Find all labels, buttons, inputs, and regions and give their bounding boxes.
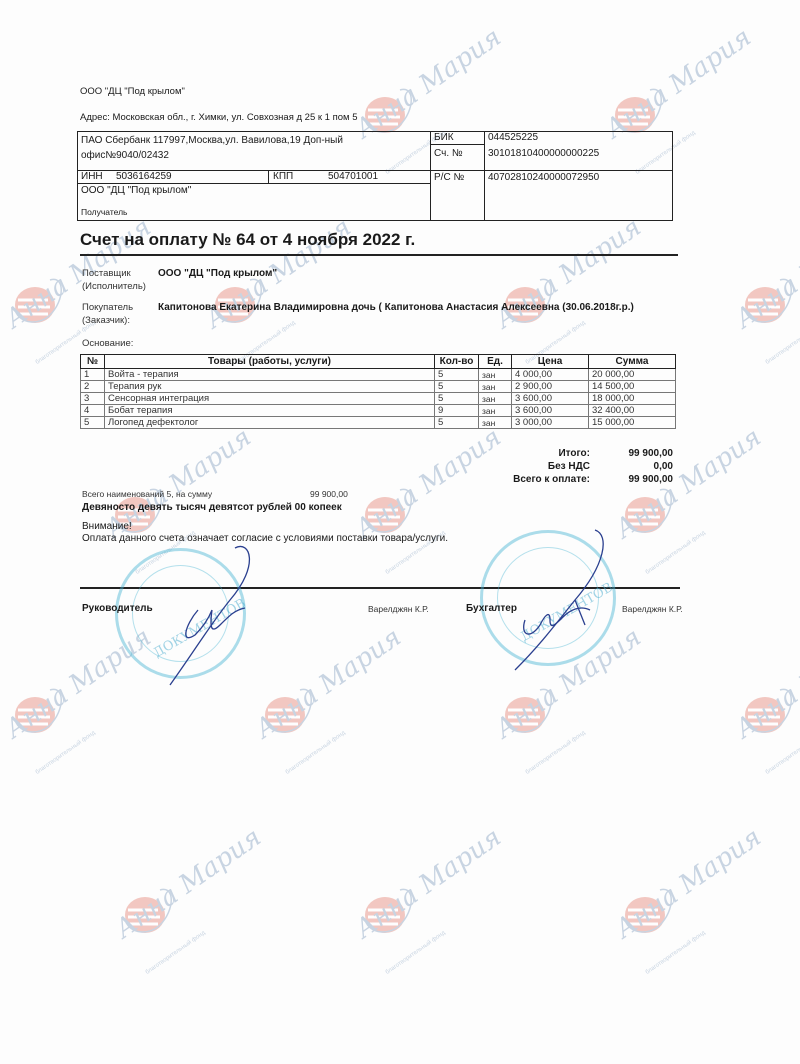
kpp-label: КПП	[273, 171, 293, 182]
cell-qty: 5	[435, 417, 479, 429]
accountant-label: Бухгалтер	[466, 603, 517, 614]
inn-value: 5036164259	[116, 171, 172, 182]
vat-value: 0,00	[600, 460, 673, 473]
col-sum: Сумма	[589, 355, 676, 369]
accountant-name: Варелджян К.Р.	[622, 604, 683, 614]
table-header-row: № Товары (работы, услуги) Кол-во Ед. Цен…	[81, 355, 676, 369]
supplier-name: ООО "ДЦ "Под крылом"	[158, 268, 277, 279]
cell-qty: 5	[435, 393, 479, 405]
due-label: Всего к оплате:	[480, 473, 590, 486]
inn-label: ИНН	[81, 171, 103, 182]
total-label: Итого:	[480, 447, 590, 460]
total-value: 99 900,00	[600, 447, 673, 460]
table-row: 2Терапия рук5зан2 900,0014 500,00	[81, 381, 676, 393]
buyer-label: Покупатель	[82, 302, 133, 313]
watermark-logo-icon: Анна Марияблаготворительный фонд	[250, 680, 380, 800]
bik-label: БИК	[434, 132, 454, 143]
cell-price: 3 600,00	[512, 393, 589, 405]
recipient-name: ООО "ДЦ "Под крылом"	[81, 185, 191, 196]
bank-office: офис№9040/02432	[81, 150, 169, 161]
table-row: 1Войта - терапия5зан4 000,0020 000,00	[81, 369, 676, 381]
table-row: 3Сенсорная интеграция5зан3 600,0018 000,…	[81, 393, 676, 405]
invoice-title: Счет на оплату № 64 от 4 ноября 2022 г.	[80, 230, 415, 250]
watermark-logo-icon: Анна Марияблаготворительный фонд	[610, 880, 740, 1000]
account-value: 40702810240000072950	[488, 172, 599, 183]
watermark-logo-icon: Анна Марияблаготворительный фонд	[730, 270, 800, 390]
cell-sum: 14 500,00	[589, 381, 676, 393]
kpp-value: 504701001	[328, 171, 378, 182]
col-qty: Кол-во	[435, 355, 479, 369]
buyer-label-sub: (Заказчик):	[82, 315, 130, 326]
watermark-logo-icon: Анна Марияблаготворительный фонд	[0, 680, 130, 800]
cell-qty: 5	[435, 369, 479, 381]
cell-sum: 15 000,00	[589, 417, 676, 429]
due-value: 99 900,00	[600, 473, 673, 486]
col-number: №	[81, 355, 105, 369]
cell-name: Войта - терапия	[105, 369, 435, 381]
cell-unit: зан	[479, 369, 512, 381]
supplier-label: Поставщик	[82, 268, 131, 279]
basis-label: Основание:	[82, 338, 133, 349]
head-name: Варелджян К.Р.	[368, 604, 429, 614]
cell-name: Логопед дефектолог	[105, 417, 435, 429]
amount-in-words: Девяносто девять тысяч девятсот рублей 0…	[82, 502, 342, 513]
supplier-label-sub: (Исполнитель)	[82, 281, 146, 292]
watermark-logo-icon: Анна Марияблаготворительный фонд	[730, 680, 800, 800]
cell-sum: 20 000,00	[589, 369, 676, 381]
cell-unit: зан	[479, 381, 512, 393]
recipient-label: Получатель	[81, 207, 127, 217]
cell-n: 5	[81, 417, 105, 429]
cell-unit: зан	[479, 405, 512, 417]
cell-price: 4 000,00	[512, 369, 589, 381]
corr-account-label: Сч. №	[434, 148, 463, 159]
vat-label: Без НДС	[480, 460, 590, 473]
cell-price: 2 900,00	[512, 381, 589, 393]
head-signature-icon	[140, 540, 300, 690]
attention-label: Внимание!	[82, 521, 132, 532]
col-goods: Товары (работы, услуги)	[105, 355, 435, 369]
bank-name: ПАО Сбербанк 117997,Москва,ул. Вавилова,…	[81, 135, 343, 146]
cell-sum: 18 000,00	[589, 393, 676, 405]
cell-sum: 32 400,00	[589, 405, 676, 417]
col-price: Цена	[512, 355, 589, 369]
account-label: Р/С №	[434, 172, 464, 183]
cell-price: 3 600,00	[512, 405, 589, 417]
table-row: 4Бобат терапия9зан3 600,0032 400,00	[81, 405, 676, 417]
watermark-logo-icon: Анна Марияблаготворительный фонд	[350, 880, 480, 1000]
title-divider	[80, 254, 678, 256]
cell-unit: зан	[479, 393, 512, 405]
items-count-line: Всего наименований 5, на сумму	[82, 489, 212, 499]
cell-qty: 5	[435, 381, 479, 393]
watermark-logo-icon: Анна Марияблаготворительный фонд	[110, 880, 240, 1000]
items-table: № Товары (работы, услуги) Кол-во Ед. Цен…	[80, 354, 676, 429]
totals-values: 99 900,00 0,00 99 900,00	[600, 447, 673, 486]
watermark-logo-icon: Анна Марияблаготворительный фонд	[490, 680, 620, 800]
items-count-amount: 99 900,00	[310, 489, 348, 499]
cell-n: 4	[81, 405, 105, 417]
buyer-name: Капитонова Екатерина Владимировна дочь (…	[158, 302, 634, 313]
bank-details-box: ПАО Сбербанк 117997,Москва,ул. Вавилова,…	[77, 131, 673, 221]
cell-name: Сенсорная интеграция	[105, 393, 435, 405]
cell-n: 3	[81, 393, 105, 405]
cell-price: 3 000,00	[512, 417, 589, 429]
company-name: ООО "ДЦ "Под крылом"	[80, 86, 185, 97]
accountant-signature-icon	[495, 525, 635, 675]
cell-qty: 9	[435, 405, 479, 417]
totals-labels: Итого: Без НДС Всего к оплате:	[480, 447, 590, 486]
bik-value: 044525225	[488, 132, 538, 143]
company-address: Адрес: Московская обл., г. Химки, ул. Со…	[80, 112, 358, 123]
col-unit: Ед.	[479, 355, 512, 369]
cell-n: 2	[81, 381, 105, 393]
table-row: 5Логопед дефектолог5зан3 000,0015 000,00	[81, 417, 676, 429]
cell-n: 1	[81, 369, 105, 381]
cell-unit: зан	[479, 417, 512, 429]
corr-account-value: 30101810400000000225	[488, 148, 599, 159]
cell-name: Терапия рук	[105, 381, 435, 393]
head-label: Руководитель	[82, 603, 153, 614]
cell-name: Бобат терапия	[105, 405, 435, 417]
